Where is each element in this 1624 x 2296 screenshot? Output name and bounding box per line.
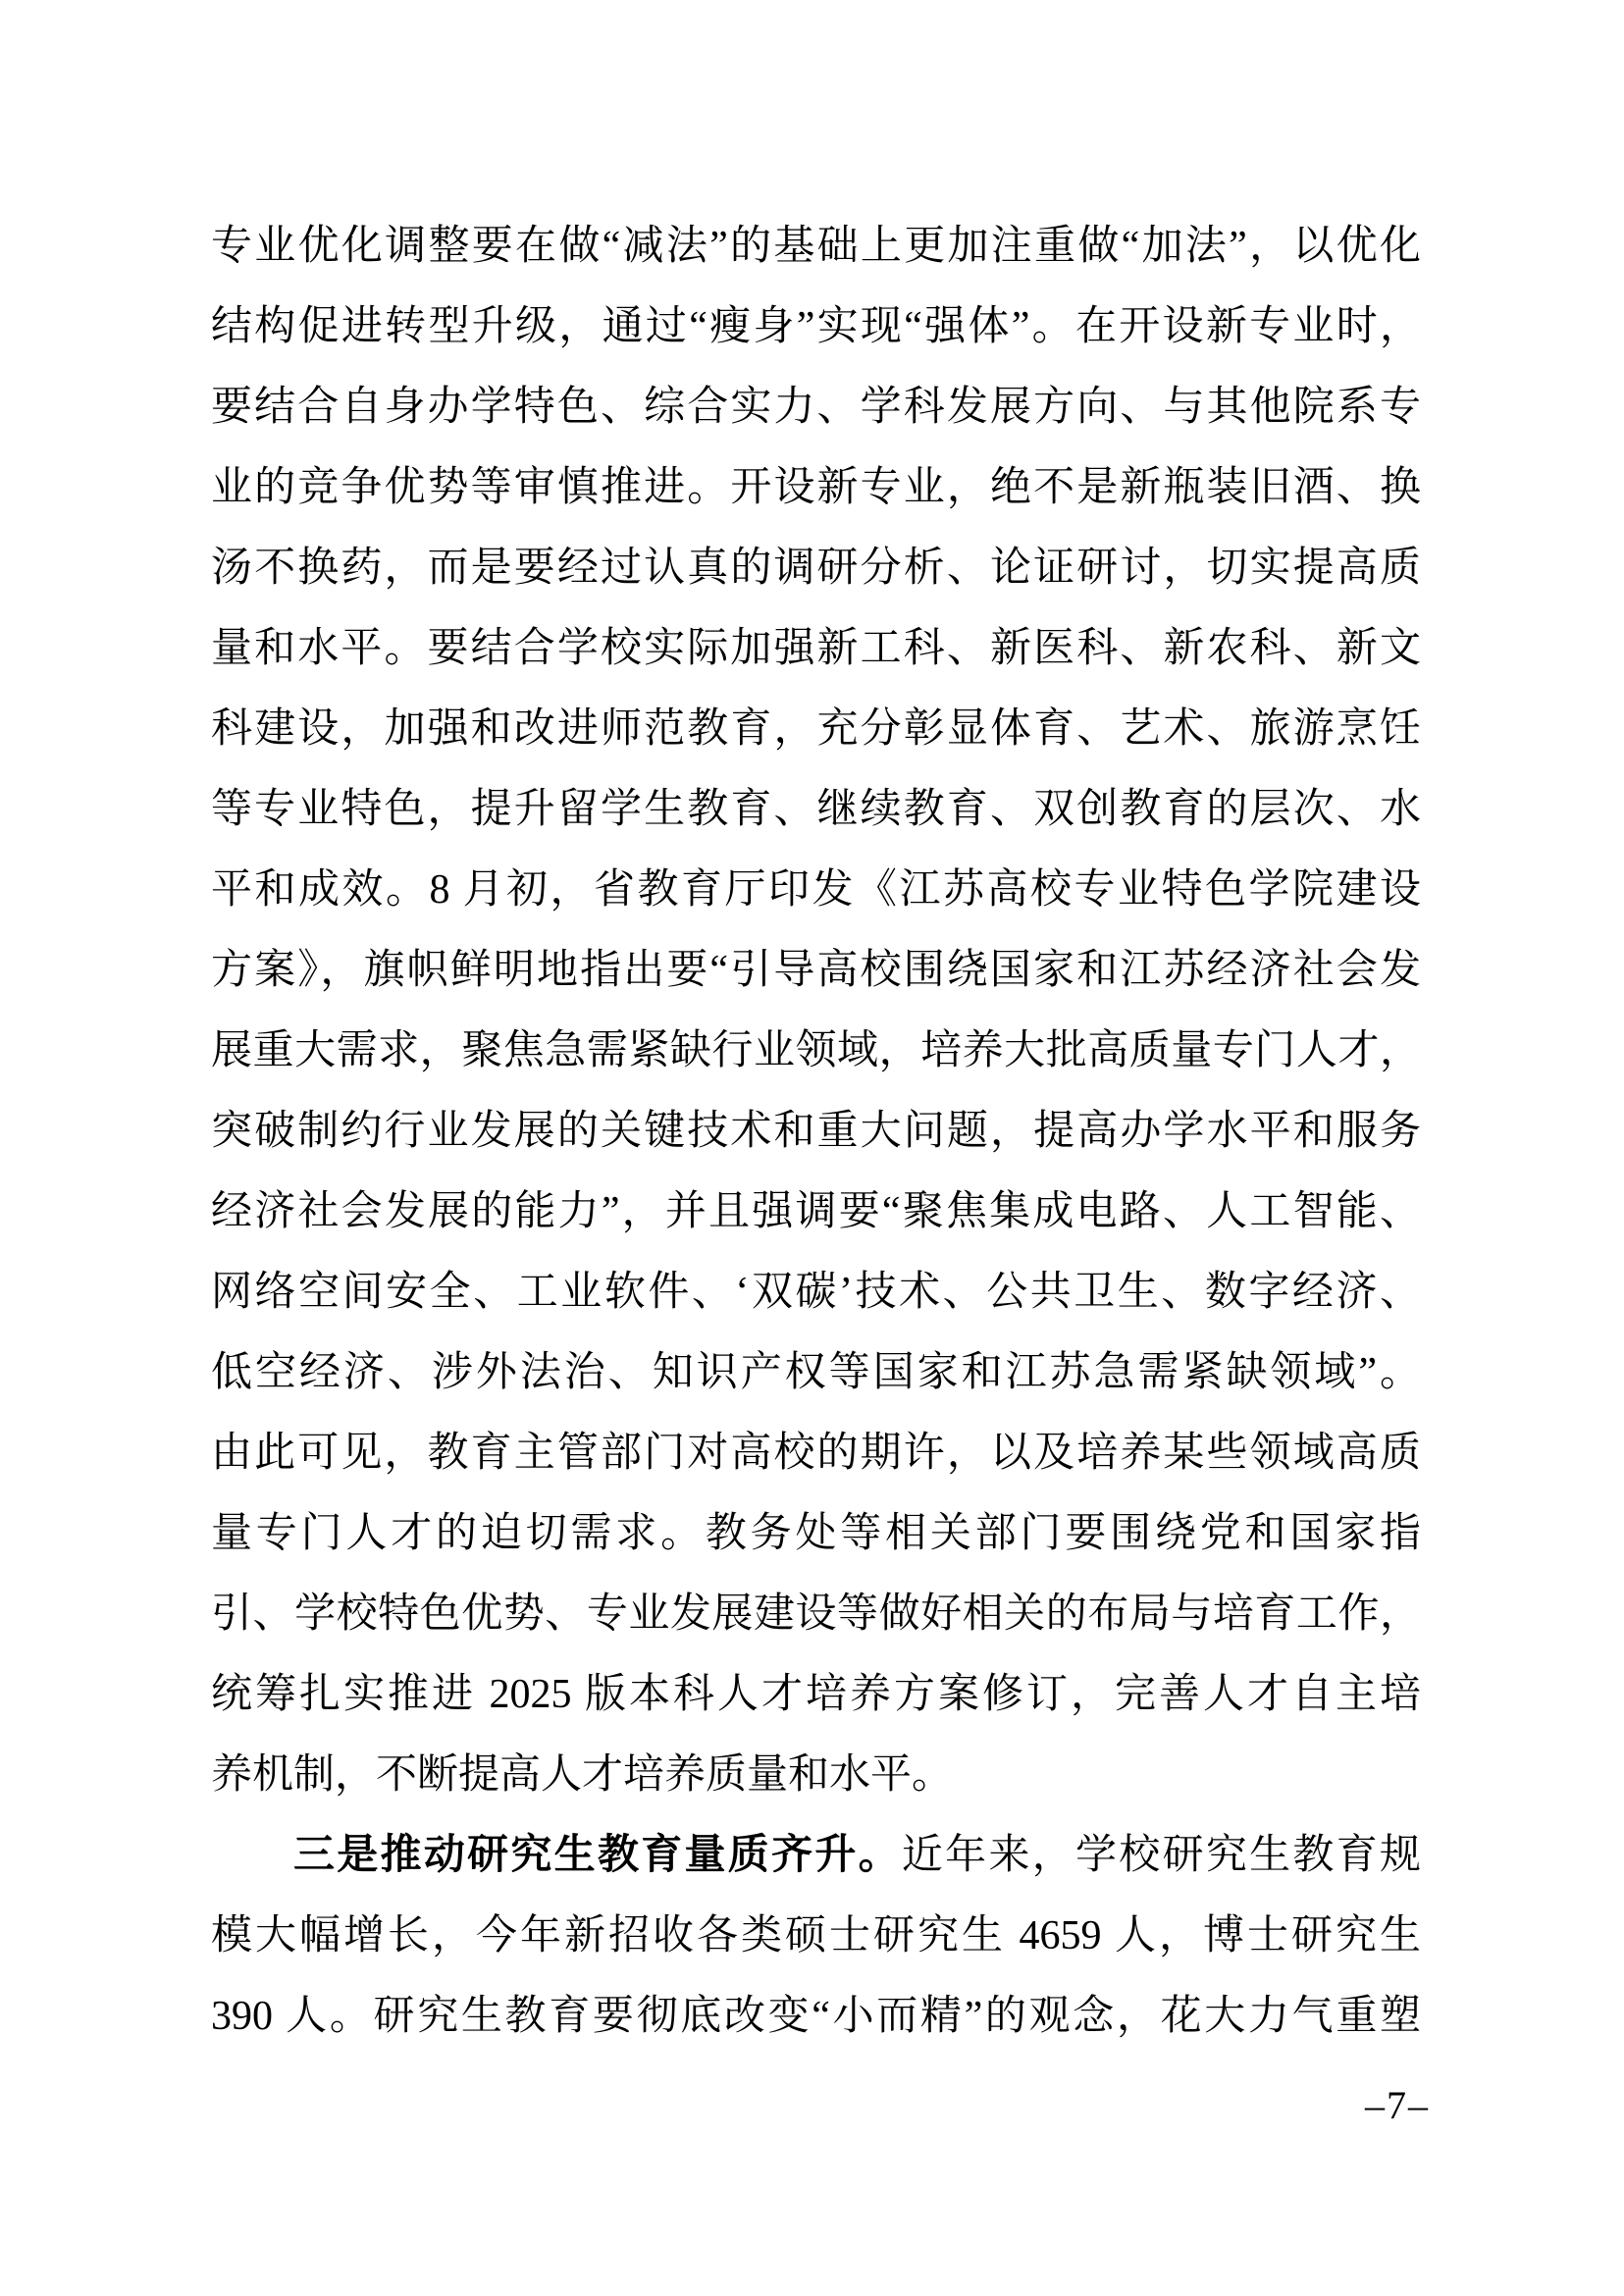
text-line: 统筹扎实推进 2025 版本科人才培养方案修订，完善人才自主培 <box>211 1654 1421 1735</box>
text-line: 390 人。研究生教育要彻底改变“小而精”的观念，花大力气重塑 <box>211 1976 1421 2057</box>
text-line: 等专业特色，提升留学生教育、继续教育、双创教育的层次、水 <box>211 769 1421 850</box>
line-text: 业的竞争优势等审慎推进。开设新专业，绝不是新瓶装旧酒、换 <box>211 465 1421 510</box>
text-line: 汤不换药，而是要经过认真的调研分析、论证研讨，切实提高质 <box>211 528 1421 608</box>
line-text: 网络空间安全、工业软件、‘双碳’技术、公共卫生、数字经济、 <box>211 1270 1421 1315</box>
line-text: 突破制约行业发展的关键技术和重大问题，提高办学水平和服务 <box>211 1109 1421 1154</box>
line-text: 量专门人才的迫切需求。教务处等相关部门要围绕党和国家指 <box>211 1511 1421 1556</box>
text-line: 养机制，不断提高人才培养质量和水平。 <box>211 1735 1421 1815</box>
text-line: 网络空间安全、工业软件、‘双碳’技术、公共卫生、数字经济、 <box>211 1252 1421 1332</box>
page-number: –7– <box>1365 2082 1430 2129</box>
text-line: 突破制约行业发展的关键技术和重大问题，提高办学水平和服务 <box>211 1091 1421 1172</box>
line-text: 量和水平。要结合学校实际加强新工科、新医科、新农科、新文 <box>211 626 1421 671</box>
body-text: 专业优化调整要在做“减法”的基础上更加注重做“加法”，以优化结构促进转型升级，通… <box>211 206 1421 2057</box>
line-text: 科建设，加强和改进师范教育，充分彰显体育、艺术、旅游烹饪 <box>211 706 1421 752</box>
text-line: 模大幅增长，今年新招收各类硕士研究生 4659 人，博士研究生 <box>211 1896 1421 1976</box>
line-text: 模大幅增长，今年新招收各类硕士研究生 4659 人，博士研究生 <box>211 1913 1421 1958</box>
text-line: 量专门人才的迫切需求。教务处等相关部门要围绕党和国家指 <box>211 1493 1421 1574</box>
line-text: 近年来，学校研究生教育规 <box>902 1833 1421 1878</box>
text-line: 业的竞争优势等审慎推进。开设新专业，绝不是新瓶装旧酒、换 <box>211 447 1421 528</box>
text-line: 三是推动研究生教育量质齐升。近年来，学校研究生教育规 <box>211 1815 1421 1896</box>
text-line: 平和成效。8 月初，省教育厅印发《江苏高校专业特色学院建设 <box>211 850 1421 930</box>
line-text: 低空经济、涉外法治、知识产权等国家和江苏急需紧缺领域”。 <box>211 1350 1421 1395</box>
text-line: 低空经济、涉外法治、知识产权等国家和江苏急需紧缺领域”。 <box>211 1332 1421 1413</box>
text-line: 量和水平。要结合学校实际加强新工科、新医科、新农科、新文 <box>211 608 1421 689</box>
text-line: 结构促进转型升级，通过“瘦身”实现“强体”。在开设新专业时， <box>211 287 1421 367</box>
line-text: 专业优化调整要在做“减法”的基础上更加注重做“加法”，以优化 <box>211 224 1421 269</box>
line-text: 结构促进转型升级，通过“瘦身”实现“强体”。在开设新专业时， <box>211 304 1421 349</box>
line-text: 养机制，不断提高人才培养质量和水平。 <box>211 1752 953 1798</box>
line-text: 展重大需求，聚焦急需紧缺行业领域，培养大批高质量专门人才， <box>211 1028 1421 1073</box>
text-line: 科建设，加强和改进师范教育，充分彰显体育、艺术、旅游烹饪 <box>211 689 1421 769</box>
text-line: 专业优化调整要在做“减法”的基础上更加注重做“加法”，以优化 <box>211 206 1421 287</box>
bold-heading: 三是推动研究生教育量质齐升。 <box>293 1833 902 1878</box>
text-line: 方案》，旗帜鲜明地指出要“引导高校围绕国家和江苏经济社会发 <box>211 930 1421 1011</box>
text-line: 要结合自身办学特色、综合实力、学科发展方向、与其他院系专 <box>211 367 1421 447</box>
line-text: 经济社会发展的能力”，并且强调要“聚焦集成电路、人工智能、 <box>211 1189 1421 1234</box>
line-text: 汤不换药，而是要经过认真的调研分析、论证研讨，切实提高质 <box>211 546 1421 591</box>
text-line: 引、学校特色优势、专业发展建设等做好相关的布局与培育工作， <box>211 1574 1421 1654</box>
line-text: 平和成效。8 月初，省教育厅印发《江苏高校专业特色学院建设 <box>211 867 1421 913</box>
line-text: 引、学校特色优势、专业发展建设等做好相关的布局与培育工作， <box>211 1592 1421 1637</box>
line-text: 等专业特色，提升留学生教育、继续教育、双创教育的层次、水 <box>211 787 1421 832</box>
line-text: 要结合自身办学特色、综合实力、学科发展方向、与其他院系专 <box>211 385 1421 430</box>
text-line: 经济社会发展的能力”，并且强调要“聚焦集成电路、人工智能、 <box>211 1172 1421 1252</box>
line-text: 方案》，旗帜鲜明地指出要“引导高校围绕国家和江苏经济社会发 <box>211 948 1421 993</box>
line-text: 390 人。研究生教育要彻底改变“小而精”的观念，花大力气重塑 <box>211 1994 1421 2039</box>
line-text: 由此可见，教育主管部门对高校的期许，以及培养某些领域高质 <box>211 1431 1421 1476</box>
text-line: 由此可见，教育主管部门对高校的期许，以及培养某些领域高质 <box>211 1413 1421 1493</box>
document-page: 专业优化调整要在做“减法”的基础上更加注重做“加法”，以优化结构促进转型升级，通… <box>0 0 1624 2296</box>
text-line: 展重大需求，聚焦急需紧缺行业领域，培养大批高质量专门人才， <box>211 1011 1421 1091</box>
line-text: 统筹扎实推进 2025 版本科人才培养方案修订，完善人才自主培 <box>211 1672 1421 1717</box>
